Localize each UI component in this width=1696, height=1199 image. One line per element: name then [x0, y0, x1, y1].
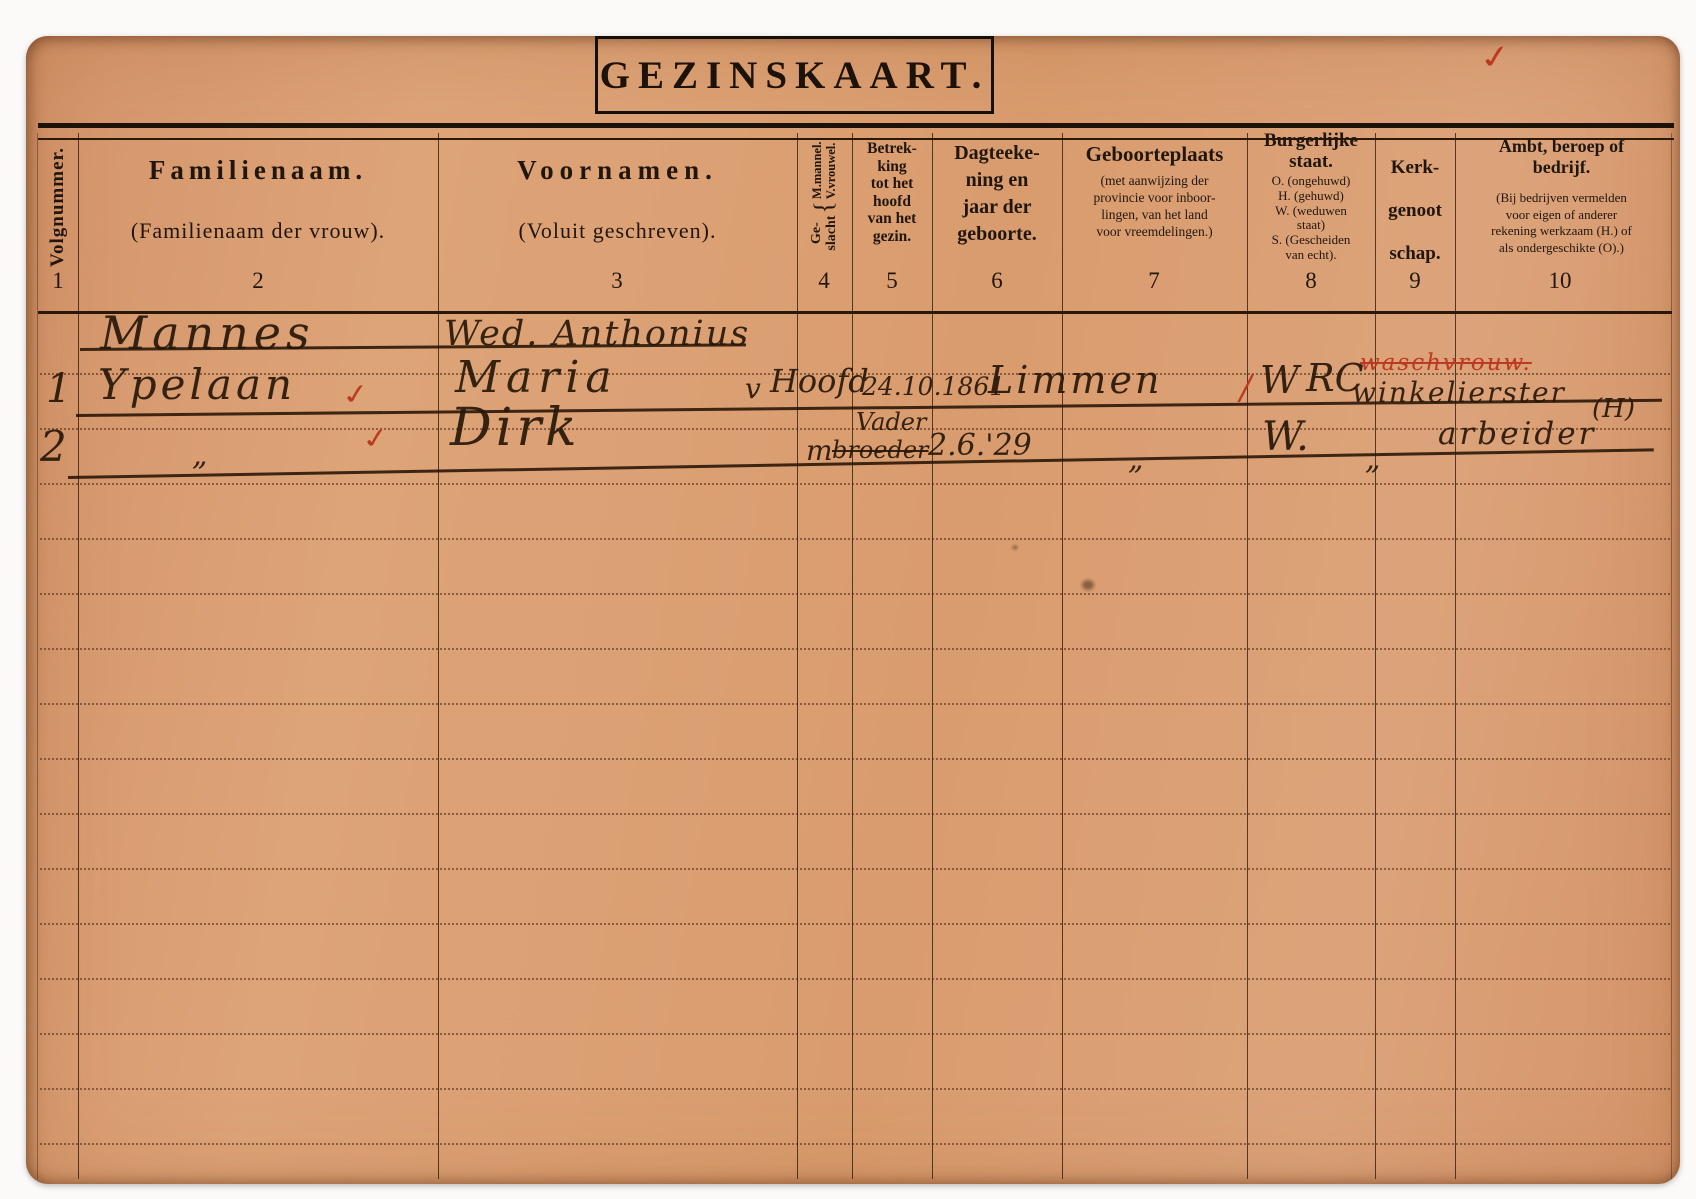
- column-rule: [1455, 133, 1456, 1179]
- entry-volgnummer: 2: [40, 422, 67, 471]
- column-number: 8: [1289, 268, 1333, 294]
- row-rule: [40, 1143, 1670, 1145]
- entry-familienaam: Mannes: [100, 306, 315, 360]
- entry-voornamen: Dirk: [450, 398, 581, 458]
- row-rule: [40, 813, 1670, 815]
- paper-blemish: [1082, 580, 1094, 590]
- header-burgerlijke-staat-title: Burgerlijke staat.: [1247, 130, 1375, 172]
- header-familienaam-title: Familienaam.: [78, 155, 438, 186]
- row-rule: [40, 923, 1670, 925]
- header-geslacht-options: M.mannel. V.vrouwel.: [810, 141, 838, 199]
- entry-voornamen: Maria: [455, 352, 618, 403]
- column-number: 3: [595, 268, 639, 294]
- header-burgerlijke-staat-sub: O. (ongehuwd) H. (gehuwd) W. (weduwen st…: [1247, 174, 1375, 263]
- column-number: 9: [1393, 268, 1437, 294]
- row-rule: [40, 428, 1670, 430]
- header-volgnummer: Volgnummer.: [38, 132, 78, 282]
- header-betrekking: Betrek- king tot het hoofd van het gezin…: [852, 140, 932, 245]
- header-familienaam-sub: (Familienaam der vrouw).: [78, 218, 438, 244]
- entry-kerkgenootschap-ditto: „: [1365, 442, 1381, 477]
- header-geboorteplaats-sub: (met aanwijzing der provincie voor inboo…: [1062, 172, 1247, 240]
- column-rule: [852, 133, 853, 1179]
- row-rule: [40, 978, 1670, 980]
- header-geslacht-male: M.mannel.: [810, 141, 824, 199]
- entry-betrekking-struck: broeder: [832, 436, 929, 464]
- red-checkmark-row1: ✓: [339, 377, 373, 412]
- entry-burgerlijke-staat: W: [1260, 358, 1299, 402]
- entry-beroep: arbeider: [1438, 416, 1596, 452]
- header-geslacht-label: Ge- slacht: [809, 216, 839, 251]
- row-rule: [40, 483, 1670, 485]
- header-beroep-title: Ambt, beroep of bedrijf.: [1455, 136, 1668, 178]
- row-rule: [40, 868, 1670, 870]
- header-geslacht-female: V.vrouwel.: [824, 143, 838, 200]
- column-number: 2: [236, 268, 280, 294]
- column-number: 6: [975, 268, 1019, 294]
- paper-blemish: [1012, 545, 1018, 550]
- header-beroep-sub: (Bij bedrijven vermelden voor eigen of a…: [1455, 190, 1668, 256]
- column-rule: [1247, 133, 1248, 1179]
- header-geslacht-brace: {: [809, 201, 839, 213]
- header-kerkgenootschap: Kerk- genoot schap.: [1375, 146, 1455, 275]
- column-number: 1: [36, 268, 80, 294]
- page-title: GEZINSKAART.: [600, 53, 990, 98]
- column-number: 4: [802, 268, 846, 294]
- entry-familienaam: Ypelaan: [98, 360, 296, 409]
- scanned-gezinskaart-page: GEZINSKAART. ✓ Volgnummer. Familienaam. …: [0, 0, 1696, 1199]
- entry-voornamen: Wed. Anthonius: [444, 314, 750, 354]
- row-rule: [40, 703, 1670, 705]
- entry-volgnummer: 1: [46, 366, 71, 412]
- entry-dagteekening: 2.6.'29: [928, 428, 1032, 463]
- column-rule: [797, 133, 798, 1179]
- row-rule: [40, 1033, 1670, 1035]
- header-geslacht-inner: Ge- slacht { M.mannel. V.vrouwel.: [796, 132, 852, 260]
- header-volgnummer-label: Volgnummer.: [38, 132, 78, 282]
- entry-dagteekening: 24.10.1861: [862, 372, 1005, 401]
- column-number: 10: [1538, 268, 1582, 294]
- column-rule: [932, 133, 933, 1179]
- row-rule: [40, 593, 1670, 595]
- entry-geslacht: v: [745, 372, 761, 405]
- entry-familienaam-ditto: „: [192, 438, 208, 473]
- column-rule: [1062, 133, 1063, 1179]
- red-checkmark-row2: ✓: [359, 421, 393, 456]
- column-rule: [438, 133, 439, 1179]
- entry-betrekking-corrected: Vader: [856, 408, 926, 436]
- header-geslacht: Ge- slacht { M.mannel. V.vrouwel.: [796, 132, 852, 260]
- column-rule: [1671, 133, 1672, 1179]
- column-number: 7: [1132, 268, 1176, 294]
- header-voornamen-sub: (Voluit geschreven).: [438, 218, 797, 244]
- header-geslacht-bottom: slacht: [824, 216, 839, 251]
- entry-geboorteplaats: Limmen: [988, 358, 1162, 402]
- column-rule: [1375, 133, 1376, 1179]
- entry-beroep-note: (H): [1592, 394, 1635, 424]
- title-box: GEZINSKAART.: [595, 36, 994, 114]
- entry-beroep: winkelierster: [1352, 376, 1566, 409]
- red-checkmark-top: ✓: [1476, 37, 1515, 78]
- column-number: 5: [870, 268, 914, 294]
- row-rule: [40, 758, 1670, 760]
- header-voornamen-title: Voornamen.: [438, 155, 797, 186]
- table-top-rule: [38, 123, 1674, 140]
- header-geboorteplaats-title: Geboorteplaats: [1062, 142, 1247, 167]
- row-rule: [40, 538, 1670, 540]
- entry-burgerlijke-staat: W.: [1262, 414, 1309, 460]
- row-rule: [40, 1088, 1670, 1090]
- entry-betrekking: Hoofd: [770, 362, 869, 400]
- header-dagteekening: Dagteeke- ning en jaar der geboorte.: [932, 140, 1062, 248]
- header-geslacht-top: Ge-: [809, 222, 824, 244]
- row-rule: [40, 648, 1670, 650]
- entry-beroep-correction: waschvrouw.: [1360, 350, 1532, 376]
